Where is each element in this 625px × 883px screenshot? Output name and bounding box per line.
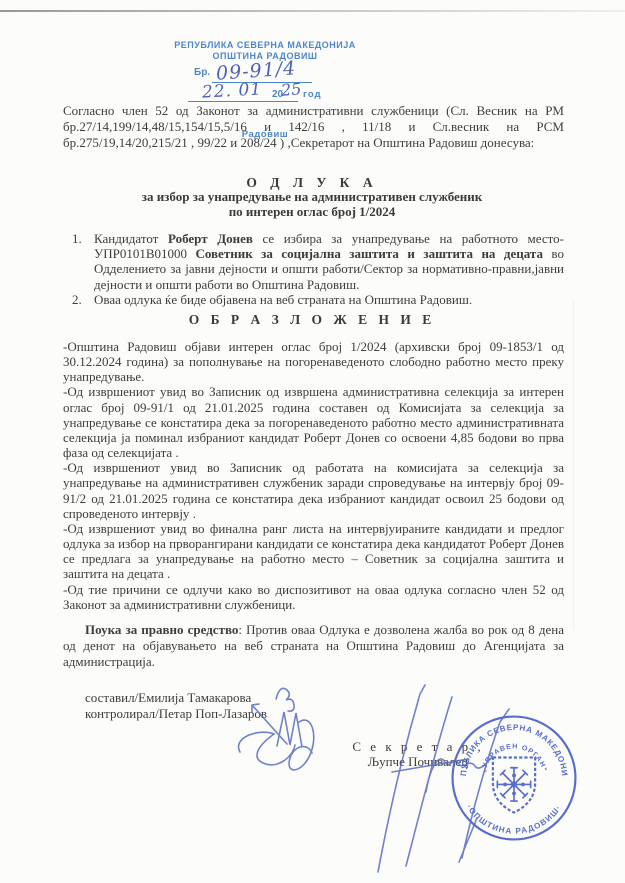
rationale-paragraph: -Од извршениот увид во Записник од изврш… <box>63 384 564 460</box>
year-suffix-label: год <box>303 89 322 100</box>
legal-remedy-paragraph: Поука за правно средство: Против оваа Од… <box>63 622 564 670</box>
country-name: РЕПУБЛИКА СЕВЕРНА МАКЕДОНИЈА <box>150 40 380 51</box>
rationale-heading: О Б Р А З Л О Ж Е Н И Е <box>8 312 616 328</box>
legal-remedy-text: Поука за правно средство: Против оваа Од… <box>63 622 564 669</box>
intro-paragraph: Согласно член 52 од Законот за администр… <box>63 103 564 151</box>
decision-subtitle-2: по интерен оглас број 1/2024 <box>8 205 616 220</box>
item-number: 2. <box>72 292 94 307</box>
rationale-paragraph: -Од тие причини се одлучи како во диспоз… <box>63 582 564 612</box>
prepared-by-line: составил/Емилија Тамакарова <box>85 690 267 706</box>
decision-title: О Д Л У К А <box>8 175 616 190</box>
rationale-paragraph: -Од извршениот увид во Записник од работ… <box>63 460 564 521</box>
decision-subtitle-1: за избор за унапредување на администрати… <box>8 190 616 205</box>
svg-text:·ОПШТИНА РАДОВИШ·: ·ОПШТИНА РАДОВИШ· <box>465 803 564 836</box>
rationale-section: -Општина Радовиш објави интерен оглас бр… <box>63 339 564 612</box>
decision-item-1: 1. Кандидатот Роберт Донев се избира за … <box>72 231 564 292</box>
snowflake-icon <box>497 768 530 801</box>
decision-title-block: О Д Л У К А за избор за унапредување на … <box>8 175 616 219</box>
seal-bottom-text: ·ОПШТИНА РАДОВИШ· <box>465 803 564 836</box>
document-number-label: Бр. <box>194 67 210 78</box>
decision-item-2: 2. Оваа одлука ќе биде објавена на веб с… <box>72 292 564 307</box>
item-text: Кандидатот Роберт Донев се избира за уна… <box>94 231 564 292</box>
scan-artifact-line <box>0 10 625 12</box>
preparer-signature <box>276 688 294 711</box>
item-number: 1. <box>72 231 94 292</box>
decision-list: 1. Кандидатот Роберт Донев се избира за … <box>72 231 564 307</box>
year-handwritten: 25 <box>280 79 302 100</box>
date-handwritten: 22. 01 <box>202 79 263 102</box>
rationale-paragraph: -Општина Радовиш објави интерен оглас бр… <box>63 339 564 384</box>
scan-fold-shadow <box>573 300 574 630</box>
rationale-paragraph: -Од извршениот увид во финална ранг лист… <box>63 521 564 582</box>
scanned-document-page: РЕПУБЛИКА СЕВЕРНА МАКЕДОНИЈА ОПШТИНА РАД… <box>0 0 625 883</box>
item-text: Оваа одлука ќе биде објавена на веб стра… <box>94 292 564 307</box>
controlled-by-line: контролирал/Петар Поп-Лазаров <box>85 706 267 722</box>
municipal-seal: ·РЕПУБЛИКА СЕВЕРНА МАКЕДОНИЈА· ·ОПШТИНА … <box>450 714 578 842</box>
byline-block: составил/Емилија Тамакарова контролирал/… <box>85 690 267 721</box>
